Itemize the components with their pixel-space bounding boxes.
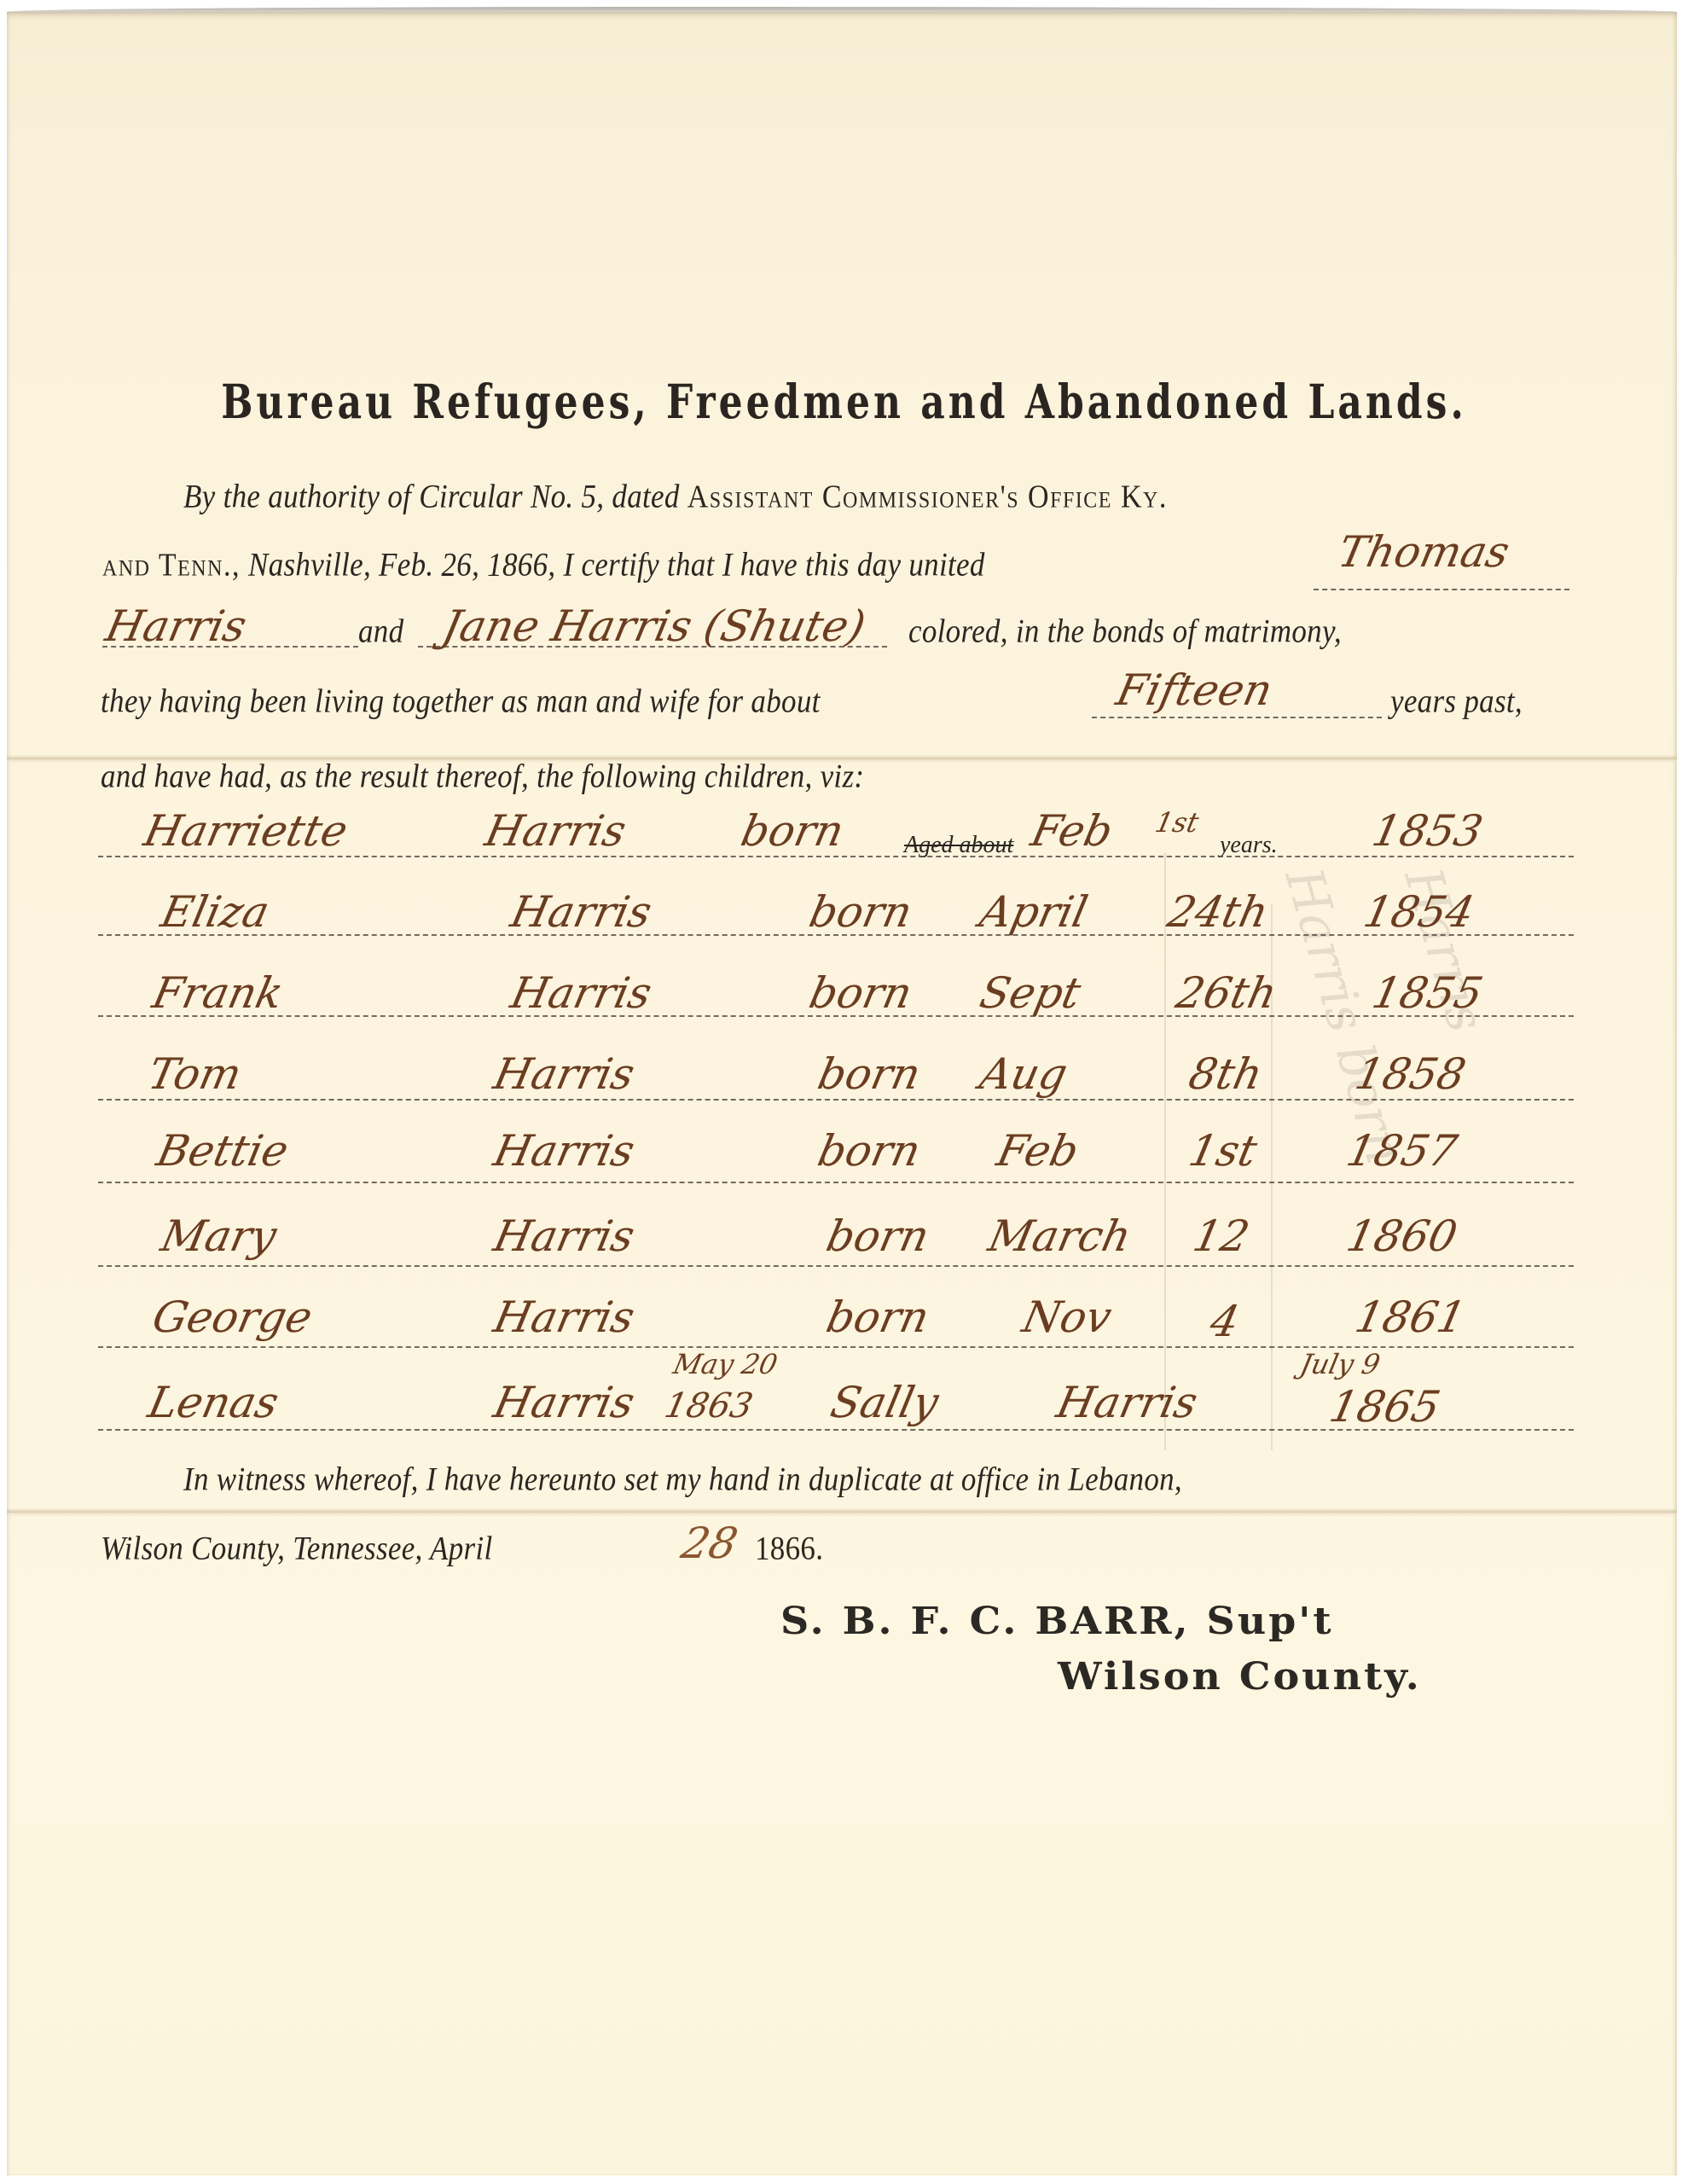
child-birth-day: 8th <box>1185 1049 1267 1099</box>
husband-first-name: Thomas <box>1334 527 1514 577</box>
child-birth-year: 1863 <box>661 1386 757 1426</box>
years-line <box>1092 717 1382 718</box>
child-last-name: Harris <box>481 806 630 856</box>
child-birth-date-note: May 20 <box>670 1348 780 1380</box>
child-last-name: Harris <box>490 1049 639 1099</box>
child-first-name: Lenas <box>144 1378 283 1427</box>
row-line <box>98 1099 1574 1101</box>
child-born-label: born <box>805 887 917 937</box>
child-birth-day: 1st <box>1152 806 1202 839</box>
witness-line-1: In witness whereof, I have hereunto set … <box>183 1461 1182 1499</box>
row-line <box>98 1265 1574 1267</box>
row-line <box>98 1015 1574 1017</box>
child-birth-month: Feb <box>993 1126 1083 1176</box>
child-born-label: born <box>822 1292 934 1342</box>
child-last-name: Harris <box>507 968 656 1018</box>
certificate-line-1: By the authority of Circular No. 5, date… <box>183 478 1168 516</box>
certificate-line-4: they having been living together as man … <box>101 682 821 721</box>
child-birth-month: Nov <box>1018 1292 1116 1342</box>
child-birth-day: 26th <box>1172 968 1281 1018</box>
child-first-name: Sally <box>827 1378 943 1427</box>
husband-name-line <box>1314 589 1569 590</box>
child-first-name: Mary <box>157 1211 281 1261</box>
certify-text: Nashville, Feb. 26, 1866, I certify that… <box>248 546 985 584</box>
child-born-label: born <box>814 1126 925 1176</box>
certificate-line-2: and Tenn., Nashville, Feb. 26, 1866, I c… <box>102 546 985 584</box>
child-birth-day: 12 <box>1189 1211 1254 1261</box>
husband-last-name-line <box>102 646 358 648</box>
authority-text: By the authority of Circular No. 5, date… <box>183 478 680 515</box>
child-first-name: Bettie <box>153 1126 293 1176</box>
paper-stain <box>1164 853 1166 1450</box>
child-birth-month: Feb <box>1027 806 1117 856</box>
child-first-name: Eliza <box>157 887 274 937</box>
child-last-name: Harris <box>490 1126 639 1176</box>
child-birth-year: 1865 <box>1325 1382 1445 1432</box>
certificate-line-4-tail: years past, <box>1390 682 1523 721</box>
row-line <box>98 1182 1574 1183</box>
child-born-label: born <box>805 968 917 1018</box>
and-label: and <box>358 613 403 651</box>
state-text: and Tenn., <box>102 548 241 583</box>
husband-last-name: Harris <box>102 601 251 651</box>
certificate-line-3-tail: colored, in the bonds of matrimony, <box>908 613 1342 651</box>
child-birth-year: 1855 <box>1368 968 1488 1018</box>
child-birth-year: 1857 <box>1343 1126 1462 1176</box>
child-first-name: Tom <box>144 1049 246 1099</box>
child-birth-day: 24th <box>1163 887 1273 937</box>
child-born-label: born <box>814 1049 925 1099</box>
child-last-name: Harris <box>490 1378 639 1427</box>
child-birth-month: Aug <box>976 1049 1072 1099</box>
row-line <box>98 934 1574 936</box>
child-first-name: Harriette <box>140 806 352 856</box>
child-birth-month: March <box>984 1211 1135 1261</box>
child-born-label: born <box>737 806 849 856</box>
certificate-line-5: and have had, as the result thereof, the… <box>101 758 864 796</box>
witness-place-text: Wilson County, Tennessee, April <box>101 1530 492 1567</box>
child-last-name: Harris <box>1053 1378 1202 1427</box>
fold-crease <box>7 1508 1677 1517</box>
signature-county: Wilson County. <box>1058 1654 1422 1698</box>
child-last-name: Harris <box>490 1211 639 1261</box>
child-birth-year: 1861 <box>1351 1292 1470 1342</box>
child-birth-day: 1st <box>1185 1126 1262 1176</box>
child-birth-year: 1858 <box>1351 1049 1470 1099</box>
office-text: Assistant Commissioner's Office Ky. <box>687 479 1168 514</box>
document-title: Bureau Refugees, Freedmen and Abandoned … <box>0 375 1688 430</box>
witness-year: 1866. <box>755 1530 823 1568</box>
witness-day: 28 <box>677 1519 742 1568</box>
witness-line-2: Wilson County, Tennessee, April <box>101 1530 492 1568</box>
child-last-name: Harris <box>507 887 656 937</box>
child-birth-year: 1854 <box>1360 887 1479 937</box>
wife-name: Jane Harris (Shute) <box>438 601 870 651</box>
child-first-name: Frank <box>148 968 287 1018</box>
child-birth-year: 1860 <box>1343 1211 1462 1261</box>
signature-name: S. B. F. C. BARR, Sup't <box>780 1599 1334 1642</box>
child-first-name: George <box>148 1292 316 1342</box>
years-together-value: Fifteen <box>1112 665 1277 715</box>
child-birth-month: Sept <box>976 968 1085 1018</box>
child-born-label: born <box>822 1211 934 1261</box>
child-birth-year: 1853 <box>1368 806 1488 856</box>
child-birth-month: April <box>976 887 1092 937</box>
child-birth-date-note: July 9 <box>1297 1348 1383 1380</box>
row-line <box>98 1429 1574 1431</box>
child-last-name: Harris <box>490 1292 639 1342</box>
row-line <box>98 856 1574 857</box>
